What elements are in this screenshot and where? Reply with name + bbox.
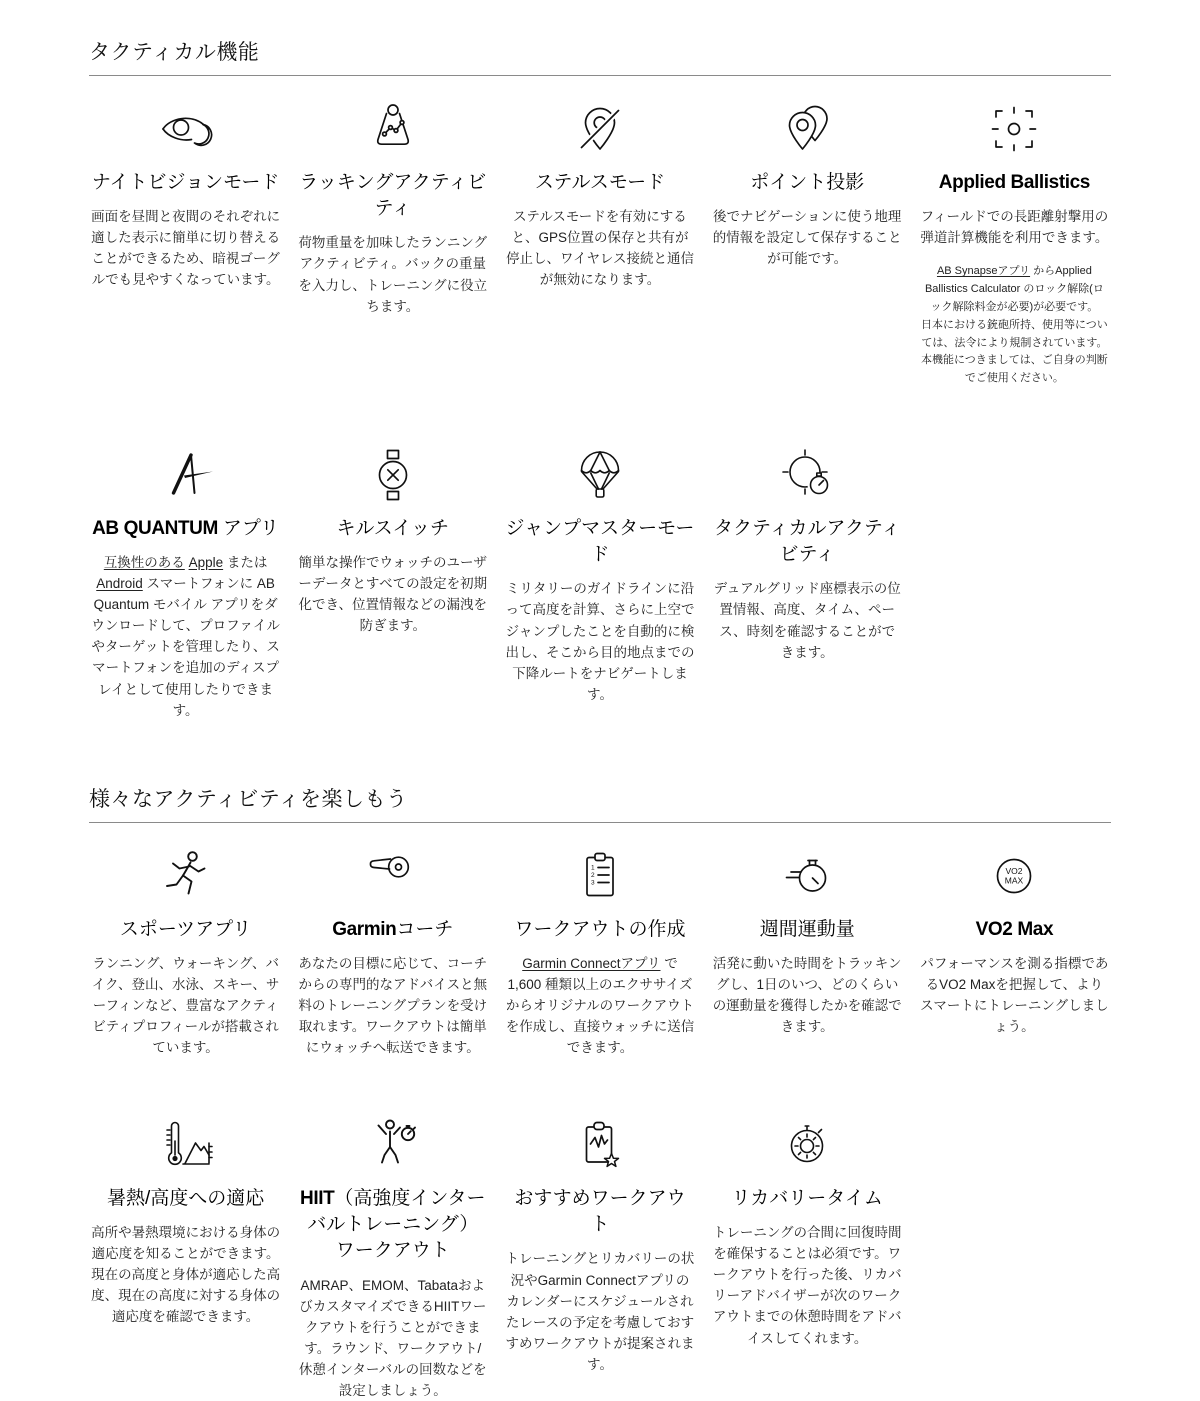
activities-row-2: 暑熱/高度への適応 高所や暑熱環境における身体の適応度を知ることができます。現在… [89,1116,1111,1401]
tactical-row-1: ナイトビジョンモード 画面を昼間と夜間のそれぞれに適した表示に簡単に切り替えるこ… [89,100,1111,388]
card-vo2max: VO2 MAX VO2 Max パフォーマンスを測る指標であるVO2 Maxを把… [918,847,1111,1037]
tactical-row-2: AB QUANTUM アプリ 互換性のある Apple または Android … [89,446,1111,721]
clipboard-list-icon: 1 2 3 [505,847,694,905]
card-point-projection: ポイント投影 後でナビゲーションに使う地理的情報を設定して保存することが可能です… [711,100,904,269]
rucking-weight-icon [298,100,487,158]
page-content: タクティカル機能 ナイトビジョンモード 画面を昼間と夜間のそれぞれに適した表示に… [89,0,1111,1401]
hiit-figure-timer-icon [298,1116,487,1174]
recovery-dial-icon [713,1116,902,1174]
ab-quantum-logo-icon [91,446,280,504]
thermometer-mountain-icon [91,1116,280,1174]
card-title: VO2 Max [920,917,1109,943]
card-title: リカバリータイム [713,1186,902,1212]
stealth-pin-slash-icon [505,100,694,158]
card-title: 週間運動量 [713,917,902,943]
card-title: ナイトビジョンモード [91,170,280,196]
card-body: あなたの目標に応じて、コーチからの専門的なアドバイスと無料のトレーニングプランを… [298,953,487,1058]
svg-text:1: 1 [591,864,595,871]
section-activities: 様々なアクティビティを楽しもう スポーツアプリ ランニング、ウォーキング、バイク… [89,783,1111,1401]
whistle-icon [298,847,487,905]
text-link[interactable]: Apple [189,555,224,570]
compass-stopwatch-icon [713,446,902,504]
parachute-icon [505,446,694,504]
card-body: 画面を昼間と夜間のそれぞれに適した表示に簡単に切り替えることができるため、暗視ゴ… [91,206,280,290]
svg-text:2: 2 [591,872,595,879]
card-title: AB QUANTUM アプリ [91,516,280,542]
card-body: AMRAP、EMOM、TabataおよびカスタマイズできるHIITワークアウトを… [298,1275,487,1401]
svg-text:3: 3 [591,879,595,886]
intensity-stopwatch-icon [713,847,902,905]
card-footnote: AB Synapseアプリ からApplied Ballistics Calcu… [920,263,1109,388]
card-body: フィールドでの長距離射撃用の弾道計算機能を利用できます。 [920,206,1109,248]
card-body: パフォーマンスを測る指標であるVO2 Maxを把握して、よりスマートにトレーニン… [920,953,1109,1037]
card-hiit-workout: HIIT（高強度インターバルトレーニング）ワークアウト AMRAP、EMOM、T… [296,1116,489,1401]
card-body: ミリタリーのガイドラインに沿って高度を計算、さらに上空でジャンプしたことを自動的… [505,578,694,704]
card-body: 活発に動いた時間をトラッキングし、1日のいつ、どのくらいの運動量を獲得したかを確… [713,953,902,1037]
text-link[interactable]: 互換性のある [104,555,185,570]
card-heat-altitude-acclimation: 暑熱/高度への適応 高所や暑熱環境における身体の適応度を知ることができます。現在… [89,1116,282,1327]
svg-text:VO2: VO2 [1006,866,1023,876]
activities-row-1: スポーツアプリ ランニング、ウォーキング、バイク、登山、水泳、スキー、サーフィン… [89,847,1111,1058]
card-body: 簡単な操作でウォッチのユーザーデータとすべての設定を初期化でき、位置情報などの漏… [298,552,487,636]
vo2max-badge-icon: VO2 MAX [920,847,1109,905]
card-body: トレーニングの合間に回復時間を確保することは必須です。ワークアウトを行った後、リ… [713,1222,902,1348]
card-recovery-time: リカバリータイム トレーニングの合間に回復時間を確保することは必須です。ワークア… [711,1116,904,1349]
section-title: タクティカル機能 [89,36,1111,76]
ballistics-reticle-icon [920,100,1109,158]
card-weekly-intensity: 週間運動量 活発に動いた時間をトラッキングし、1日のいつ、どのくらいの運動量を獲… [711,847,904,1037]
card-garmin-coach: Garminコーチ あなたの目標に応じて、コーチからの専門的なアドバイスと無料の… [296,847,489,1058]
card-body: デュアルグリッド座標表示の位置情報、高度、タイム、ペース、時刻を確認することがで… [713,578,902,662]
card-title: Applied Ballistics [920,170,1109,196]
card-body: 後でナビゲーションに使う地理的情報を設定して保存することが可能です。 [713,206,902,269]
card-title: タクティカルアクティビティ [713,516,902,568]
card-stealth-mode: ステルスモード ステルスモードを有効にすると、GPS位置の保存と共有が停止し、ワ… [503,100,696,290]
card-body: ランニング、ウォーキング、バイク、登山、水泳、スキー、サーフィンなど、豊富なアク… [91,953,280,1058]
card-tactical-activity: タクティカルアクティビティ デュアルグリッド座標表示の位置情報、高度、タイム、ペ… [711,446,904,663]
card-applied-ballistics: Applied Ballistics フィールドでの長距離射撃用の弾道計算機能を… [918,100,1111,388]
card-title: ポイント投影 [713,170,902,196]
text-link[interactable]: Garmin Connectアプリ [522,956,660,971]
card-title: 暑熱/高度への適応 [91,1186,280,1212]
section-title: 様々なアクティビティを楽しもう [89,783,1111,823]
card-body: トレーニングとリカバリーの状況やGarmin Connectアプリのカレンダーに… [505,1248,694,1374]
section-tactical-features: タクティカル機能 ナイトビジョンモード 画面を昼間と夜間のそれぞれに適した表示に… [89,36,1111,721]
waypoint-pins-icon [713,100,902,158]
card-rucking-activity: ラッキングアクティビティ 荷物重量を加味したランニングアクティビティ。バックの重… [296,100,489,317]
card-ab-quantum-app: AB QUANTUM アプリ 互換性のある Apple または Android … [89,446,282,721]
card-title: HIIT（高強度インターバルトレーニング）ワークアウト [298,1186,487,1265]
card-sports-apps: スポーツアプリ ランニング、ウォーキング、バイク、登山、水泳、スキー、サーフィン… [89,847,282,1058]
kill-switch-watch-icon [298,446,487,504]
svg-text:MAX: MAX [1005,875,1024,885]
card-workout-creation: 1 2 3 ワークアウトの作成 Garmin Connectアプリ で 1,60… [503,847,696,1058]
text-link[interactable]: AB Synapseアプリ [937,265,1030,277]
runner-icon [91,847,280,905]
card-title: おすすめワークアウト [505,1186,694,1238]
night-vision-icon [91,100,280,158]
card-title: Garminコーチ [298,917,487,943]
card-kill-switch: キルスイッチ 簡単な操作でウォッチのユーザーデータとすべての設定を初期化でき、位… [296,446,489,636]
card-title: ジャンプマスターモード [505,516,694,568]
card-body: ステルスモードを有効にすると、GPS位置の保存と共有が停止し、ワイヤレス接続と通… [505,206,694,290]
card-night-vision-mode: ナイトビジョンモード 画面を昼間と夜間のそれぞれに適した表示に簡単に切り替えるこ… [89,100,282,290]
card-jumpmaster-mode: ジャンプマスターモード ミリタリーのガイドラインに沿って高度を計算、さらに上空で… [503,446,696,705]
card-title: ワークアウトの作成 [505,917,694,943]
clipboard-star-icon [505,1116,694,1174]
card-body: 互換性のある Apple または Android スマートフォンに AB Qua… [91,552,280,720]
card-body: 荷物重量を加味したランニングアクティビティ。バックの重量を入力し、トレーニングに… [298,232,487,316]
card-recommended-workout: おすすめワークアウト トレーニングとリカバリーの状況やGarmin Connec… [503,1116,696,1375]
card-title: ラッキングアクティビティ [298,170,487,222]
text-link[interactable]: Android [96,576,143,591]
card-body: 高所や暑熱環境における身体の適応度を知ることができます。現在の高度と身体が適応し… [91,1222,280,1327]
card-title: キルスイッチ [298,516,487,542]
card-title: ステルスモード [505,170,694,196]
card-body: Garmin Connectアプリ で 1,600 種類以上のエクササイズからオ… [505,953,694,1058]
card-title: スポーツアプリ [91,917,280,943]
